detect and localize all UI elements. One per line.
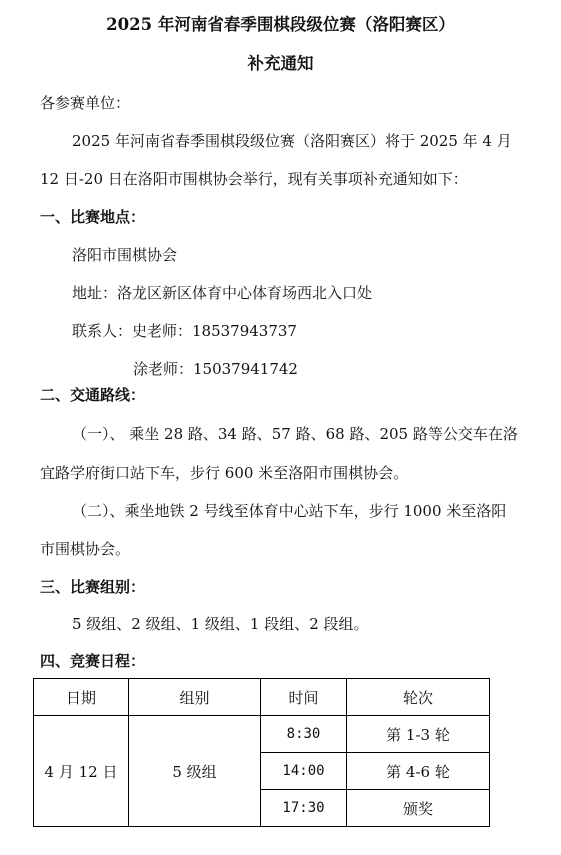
venue-address: 地址：洛龙区新区体育中心体育场西北入口处	[72, 283, 372, 303]
groups-list: 5 级组、2 级组、1 级组、1 段组、2 段组。	[72, 614, 369, 634]
venue-name: 洛阳市围棋协会	[72, 245, 177, 265]
column-header-date: 日期	[34, 679, 129, 716]
intro-paragraph-line-2: 12 日-20 日在洛阳市围棋协会举行，现有关事项补充通知如下：	[40, 169, 468, 189]
round-cell: 颁奖	[347, 790, 490, 827]
round-cell: 第 4-6 轮	[347, 753, 490, 790]
column-header-group: 组别	[129, 679, 261, 716]
document-title: 2025 年河南省春季围棋段级位赛（洛阳赛区）	[0, 14, 561, 36]
transport-bus-line-1: （一）、 乘坐 28 路、34 路、57 路、68 路、205 路等公交车在洛	[72, 424, 518, 444]
time-cell: 17:30	[261, 790, 347, 827]
section-heading-transport: 二、交通路线：	[40, 385, 145, 405]
document-subtitle: 补充通知	[0, 53, 561, 75]
time-cell: 8:30	[261, 716, 347, 753]
salutation: 各参赛单位：	[40, 93, 130, 113]
group-cell: 5 级组	[129, 716, 261, 827]
section-heading-venue: 一、比赛地点：	[40, 207, 145, 227]
venue-contact-1: 联系人：史老师：18537943737	[72, 321, 297, 341]
transport-bus-line-2: 宜路学府街口站下车，步行 600 米至洛阳市围棋协会。	[40, 463, 408, 483]
column-header-time: 时间	[261, 679, 347, 716]
column-header-round: 轮次	[347, 679, 490, 716]
transport-metro-line-2: 市围棋协会。	[40, 539, 130, 559]
date-cell: 4 月 12 日	[34, 716, 129, 827]
round-cell: 第 1-3 轮	[347, 716, 490, 753]
transport-metro-line-1: （二）、乘坐地铁 2 号线至体育中心站下车，步行 1000 米至洛阳	[72, 501, 506, 521]
table-row: 4 月 12 日 5 级组 8:30 第 1-3 轮	[34, 716, 490, 753]
table-header-row: 日期 组别 时间 轮次	[34, 679, 490, 716]
time-cell: 14:00	[261, 753, 347, 790]
venue-contact-2: 涂老师：15037941742	[133, 359, 298, 379]
section-heading-schedule: 四、竞赛日程：	[40, 651, 145, 671]
schedule-table: 日期 组别 时间 轮次 4 月 12 日 5 级组 8:30 第 1-3 轮 1…	[33, 678, 490, 827]
section-heading-groups: 三、比赛组别：	[40, 577, 145, 597]
intro-paragraph-line-1: 2025 年河南省春季围棋段级位赛（洛阳赛区）将于 2025 年 4 月	[72, 131, 512, 151]
